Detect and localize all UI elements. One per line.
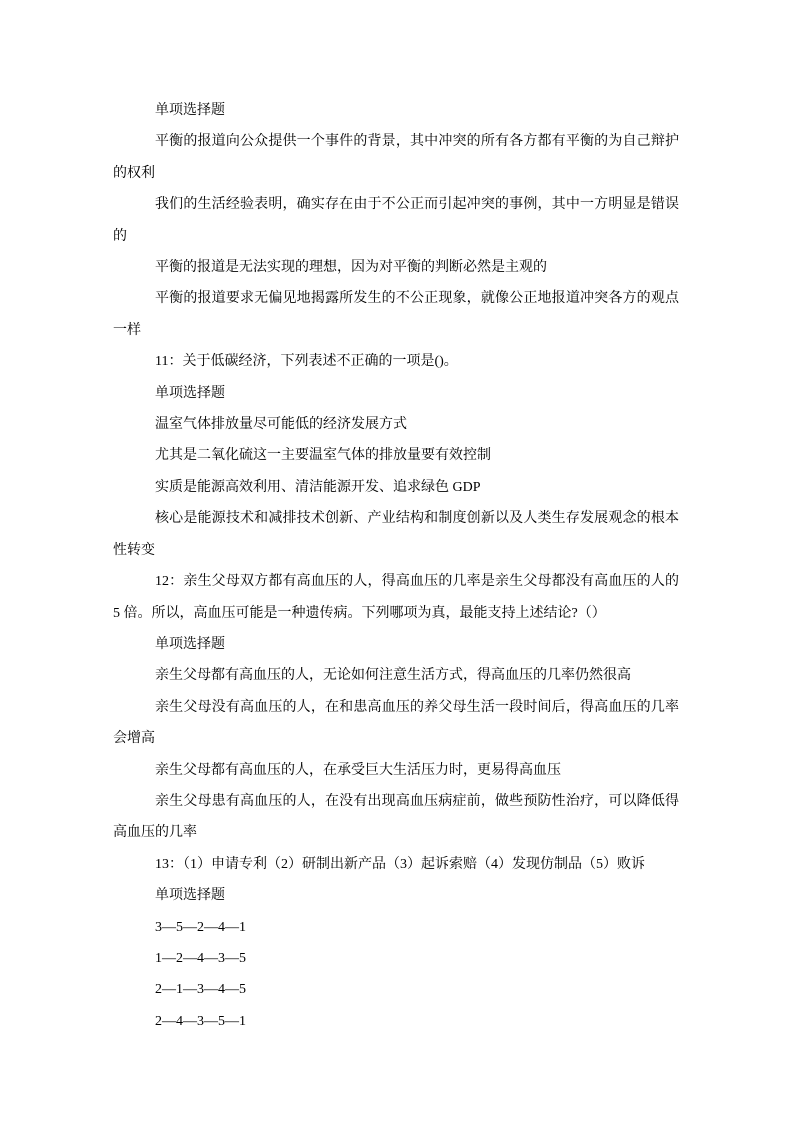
paragraph-question: 11：关于低碳经济，下列表述不正确的一项是()。 — [113, 346, 679, 377]
paragraph-option: 尤其是二氧化硫这一主要温室气体的排放量要有效控制 — [113, 440, 679, 471]
paragraph-section-label: 单项选择题 — [113, 378, 679, 409]
paragraph-section-label: 单项选择题 — [113, 880, 679, 911]
paragraph-option: 亲生父母都有高血压的人，在承受巨大生活压力时，更易得高血压 — [113, 755, 679, 786]
paragraph-option: 亲生父母没有高血压的人，在和患高血压的养父母生活一段时间后，得高血压的几率会增高 — [113, 692, 679, 755]
paragraph-option: 1—2—4—3—5 — [113, 943, 679, 974]
paragraph-question: 13：（1）申请专利（2）研制出新产品（3）起诉索赔（4）发现仿制品（5）败诉 — [113, 849, 679, 880]
document-body: 单项选择题平衡的报道向公众提供一个事件的背景，其中冲突的所有各方都有平衡的为自己… — [113, 95, 679, 1037]
paragraph-option: 平衡的报道是无法实现的理想，因为对平衡的判断必然是主观的 — [113, 252, 679, 283]
paragraph-option: 3—5—2—4—1 — [113, 912, 679, 943]
paragraph-section-label: 单项选择题 — [113, 95, 679, 126]
paragraph-option: 2—1—3—4—5 — [113, 974, 679, 1005]
paragraph-option: 实质是能源高效利用、清洁能源开发、追求绿色 GDP — [113, 472, 679, 503]
paragraph-option: 亲生父母患有高血压的人，在没有出现高血压病症前，做些预防性治疗，可以降低得高血压… — [113, 786, 679, 849]
paragraph-question: 12：亲生父母双方都有高血压的人，得高血压的几率是亲生父母都没有高血压的人的 5… — [113, 566, 679, 629]
paragraph-option: 温室气体排放量尽可能低的经济发展方式 — [113, 409, 679, 440]
paragraph-option: 平衡的报道要求无偏见地揭露所发生的不公正现象，就像公正地报道冲突各方的观点一样 — [113, 283, 679, 346]
document-page: 单项选择题平衡的报道向公众提供一个事件的背景，其中冲突的所有各方都有平衡的为自己… — [0, 0, 794, 1123]
paragraph-option: 平衡的报道向公众提供一个事件的背景，其中冲突的所有各方都有平衡的为自己辩护的权利 — [113, 126, 679, 189]
paragraph-option: 亲生父母都有高血压的人，无论如何注意生活方式，得高血压的几率仍然很高 — [113, 660, 679, 691]
paragraph-option: 2—4—3—5—1 — [113, 1006, 679, 1037]
paragraph-section-label: 单项选择题 — [113, 629, 679, 660]
paragraph-option: 我们的生活经验表明，确实存在由于不公正而引起冲突的事例，其中一方明显是错误的 — [113, 189, 679, 252]
paragraph-option: 核心是能源技术和减排技术创新、产业结构和制度创新以及人类生存发展观念的根本性转变 — [113, 503, 679, 566]
